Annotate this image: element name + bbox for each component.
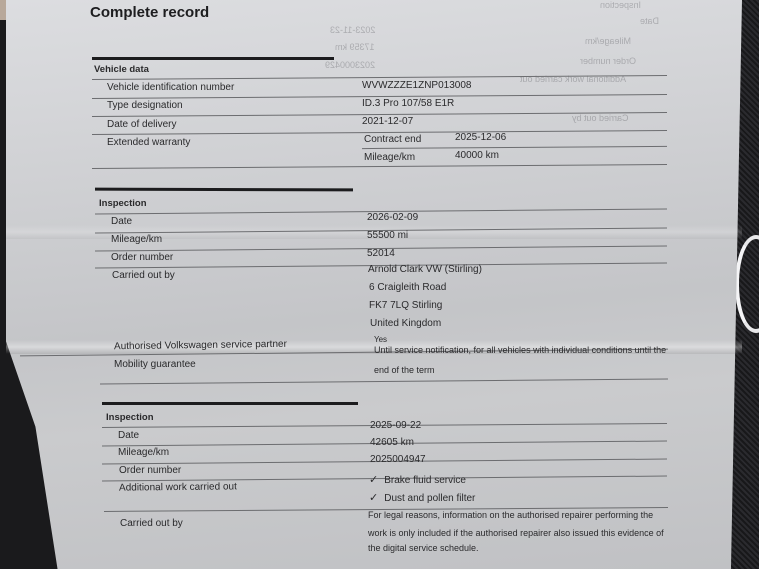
additional-work-item: ✓Dust and pollen filter bbox=[369, 491, 475, 504]
dealer-street: 6 Craigleith Road bbox=[369, 282, 446, 293]
inspection-1-carried-out-label: Carried out by bbox=[112, 270, 175, 281]
inspection-2-mileage-value: 42605 km bbox=[370, 437, 414, 448]
bleed-through-text: Inspection bbox=[600, 0, 641, 10]
section-divider bbox=[92, 57, 334, 60]
bleed-through-text: Carried out by bbox=[572, 113, 629, 123]
inspection-2-date-value: 2025-09-22 bbox=[370, 420, 421, 431]
inspection-2-order-label: Order number bbox=[119, 465, 181, 476]
inspection-2-date-label: Date bbox=[118, 430, 139, 441]
inspection-2-order-value: 2025004947 bbox=[370, 454, 426, 465]
legal-note-line-3: the digital service schedule. bbox=[368, 543, 479, 553]
legal-note-line-2: work is only included if the authorised … bbox=[368, 528, 664, 538]
inspection-2-mileage-label: Mileage/km bbox=[118, 447, 169, 458]
vehicle-data-heading: Vehicle data bbox=[94, 64, 149, 75]
legal-note-line-1: For legal reasons, information on the au… bbox=[368, 510, 653, 520]
bleed-through-text: 2023000429 bbox=[325, 60, 375, 70]
bleed-through-text: Order number bbox=[580, 56, 636, 66]
additional-work-item: ✓Brake fluid service bbox=[369, 473, 466, 486]
additional-work-label: Additional work carried out bbox=[119, 481, 237, 493]
vin-label: Vehicle identification number bbox=[107, 82, 234, 93]
bleed-through-text: Mileage/km bbox=[585, 36, 631, 46]
section-divider bbox=[102, 402, 358, 405]
dealer-postcode-city: FK7 7LQ Stirling bbox=[369, 300, 442, 311]
dealer-name: Arnold Clark VW (Stirling) bbox=[368, 264, 482, 275]
inspection-1-order-value: 52014 bbox=[367, 248, 395, 259]
inspection-1-date-label: Date bbox=[111, 216, 132, 227]
bleed-through-text: Date bbox=[640, 16, 659, 26]
bleed-through-text: 2023-11-23 bbox=[330, 25, 375, 35]
warranty-mileage-label: Mileage/km bbox=[364, 152, 415, 163]
inspection-1-heading: Inspection bbox=[99, 198, 147, 209]
warranty-mileage-value: 40000 km bbox=[455, 150, 499, 161]
inspection-2-heading: Inspection bbox=[106, 412, 154, 423]
delivery-date-label: Date of delivery bbox=[107, 119, 176, 130]
checkmark-icon: ✓ bbox=[369, 474, 378, 486]
type-designation-value: ID.3 Pro 107/58 E1R bbox=[362, 98, 454, 109]
additional-work-item-text: Dust and pollen filter bbox=[384, 493, 475, 504]
bleed-through-text: 17359 km bbox=[335, 42, 375, 52]
contract-end-value: 2025-12-06 bbox=[455, 132, 506, 143]
inspection-1-order-label: Order number bbox=[111, 252, 173, 263]
mobility-guarantee-value-line-1: Until service notification, for all vehi… bbox=[374, 345, 666, 355]
inspection-1-date-value: 2026-02-09 bbox=[367, 212, 418, 223]
extended-warranty-label: Extended warranty bbox=[107, 137, 190, 148]
dealer-country: United Kingdom bbox=[370, 318, 441, 329]
contract-end-label: Contract end bbox=[364, 134, 421, 145]
delivery-date-value: 2021-12-07 bbox=[362, 116, 413, 127]
inspection-2-carried-out-label: Carried out by bbox=[120, 518, 183, 529]
inspection-1-mileage-value: 55500 mi bbox=[367, 230, 408, 241]
authorised-partner-value: Yes bbox=[374, 335, 387, 344]
document-title: Complete record bbox=[90, 4, 209, 21]
additional-work-item-text: Brake fluid service bbox=[384, 475, 466, 486]
mobility-guarantee-value-line-2: end of the term bbox=[374, 365, 435, 375]
inspection-1-mileage-label: Mileage/km bbox=[111, 234, 162, 245]
mobility-guarantee-label: Mobility guarantee bbox=[114, 359, 196, 370]
vin-value: WVWZZZE1ZNP013008 bbox=[362, 80, 471, 91]
checkmark-icon: ✓ bbox=[369, 492, 378, 504]
type-designation-label: Type designation bbox=[107, 100, 183, 111]
